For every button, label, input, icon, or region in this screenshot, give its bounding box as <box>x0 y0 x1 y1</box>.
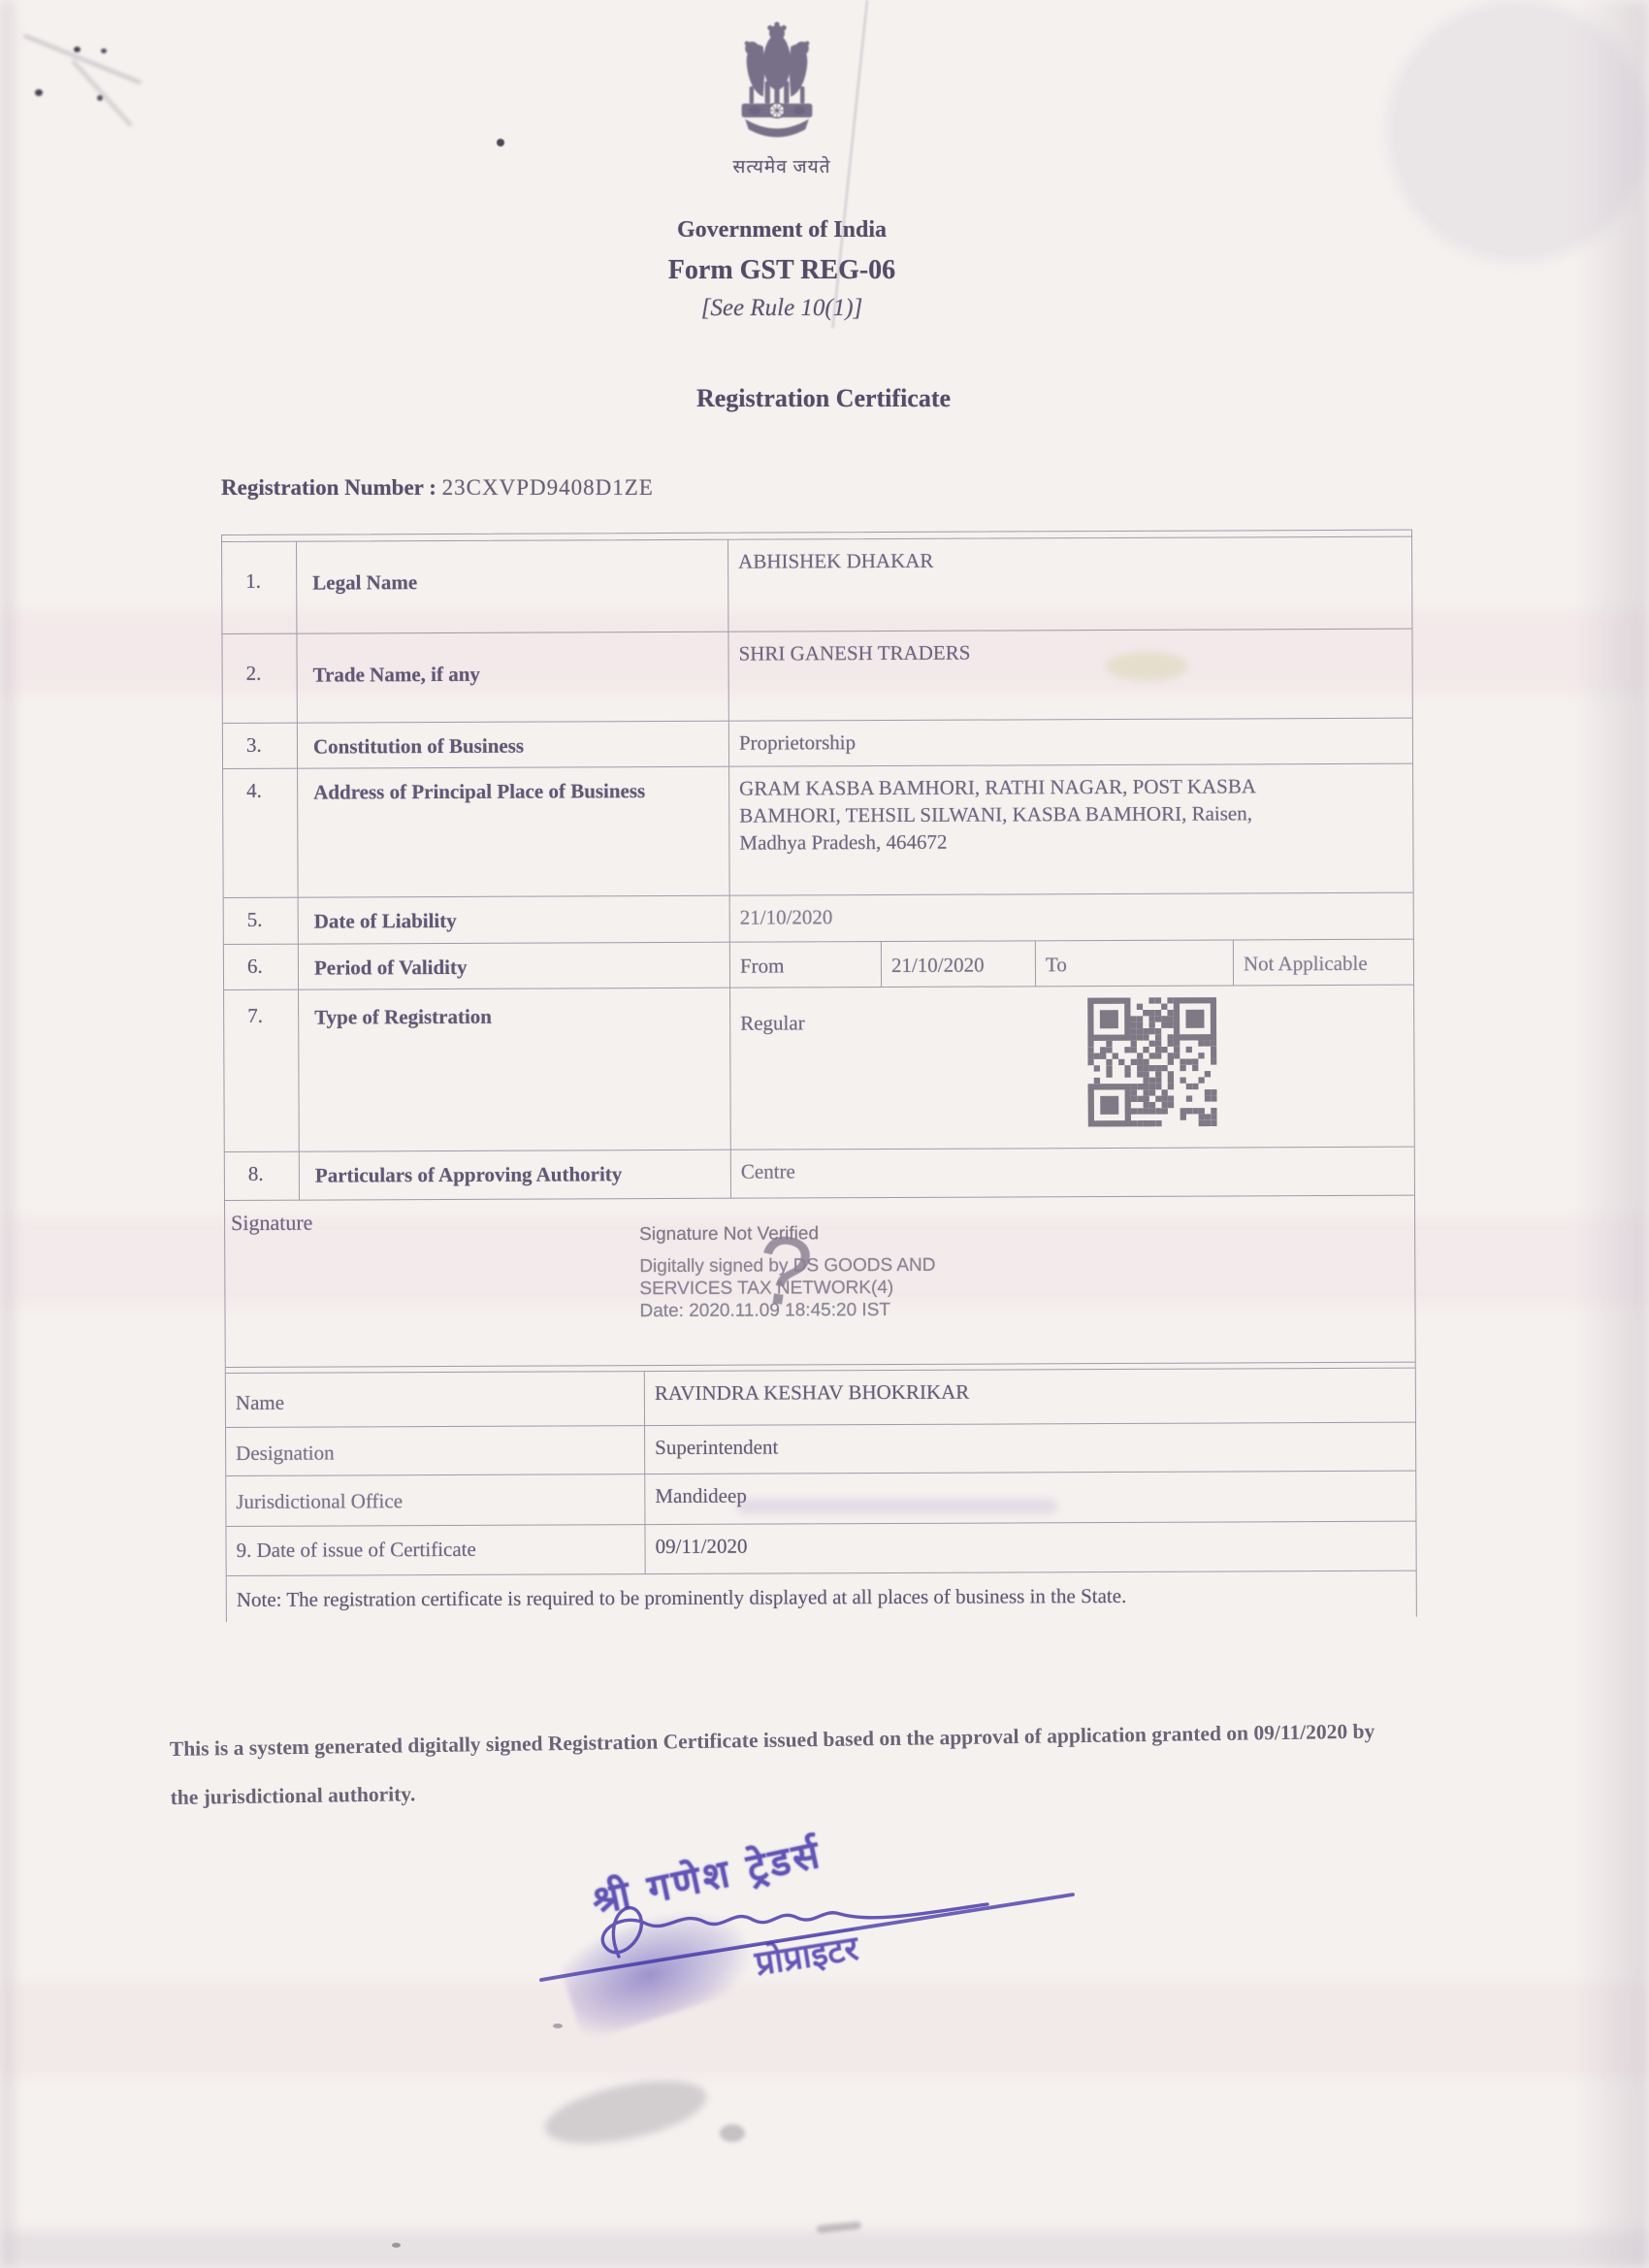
row-label: Legal Name <box>297 540 728 633</box>
table-row: 5. Date of Liability 21/10/2020 <box>224 893 1413 945</box>
row-value: 09/11/2020 <box>645 1522 1415 1573</box>
footer-declaration: This is a system generated digitally sig… <box>170 1704 1529 1822</box>
row-number: 6. <box>224 945 299 989</box>
row-number: 7. <box>224 990 300 1151</box>
row-value: Mandideep <box>645 1472 1415 1524</box>
scan-speck <box>392 2243 401 2248</box>
scan-speck <box>101 49 107 53</box>
gst-registration-certificate: सत्यमेव जयते Government of India Form GS… <box>0 0 1649 2268</box>
table-row: 7. Type of Registration Regular <box>224 986 1414 1152</box>
row-label: Period of Validity <box>299 943 730 989</box>
government-title: Government of India <box>588 217 976 243</box>
table-row: 2. Trade Name, if any SHRI GANESH TRADER… <box>222 630 1411 724</box>
row-value: SHRI GANESH TRADERS <box>728 630 1411 721</box>
certificate-table: 1. Legal Name ABHISHEK DHAKAR 2. Trade N… <box>221 530 1417 1622</box>
row-label: 9. Date of issue of Certificate <box>226 1525 645 1575</box>
scan-stain <box>1387 0 1649 262</box>
row-value: GRAM KASBA BAMHORI, RATHI NAGAR, POST KA… <box>739 772 1297 857</box>
emblem-motto: सत्यमेव जयते <box>685 153 879 178</box>
form-number-title: Form GST REG-06 <box>588 255 976 286</box>
row-value: RAVINDRA KESHAV BHOKRIKAR <box>645 1369 1415 1425</box>
scan-speck <box>497 139 504 146</box>
row-number: 5. <box>224 898 299 944</box>
row-number: 8. <box>225 1152 300 1200</box>
validity-to-label: To <box>1036 940 1234 986</box>
signed-by-line2: SERVICES TAX NETWORK(4) <box>639 1277 935 1300</box>
table-row: 3. Constitution of Business Proprietorsh… <box>223 719 1412 769</box>
row-label: Name <box>226 1372 645 1427</box>
scan-scratch <box>72 60 132 126</box>
registration-number-label: Registration Number : <box>221 475 436 500</box>
scan-stain <box>0 2231 1649 2268</box>
validity-to-value: Not Applicable <box>1234 940 1413 986</box>
row-number: 2. <box>222 634 297 723</box>
digital-signature-block: Signature Not Verified Digitally signed … <box>639 1223 936 1322</box>
row-value: ABHISHEK DHAKAR <box>728 537 1411 632</box>
row-label: Type of Registration <box>299 988 731 1151</box>
qr-code <box>1087 994 1217 1131</box>
signature-status: Signature Not Verified <box>639 1223 935 1246</box>
signature-date: Date: 2020.11.09 18:45:20 IST <box>639 1299 935 1322</box>
handwritten-signature <box>533 1867 1086 1993</box>
row-label: Jurisdictional Office <box>226 1474 645 1526</box>
table-row: 8. Particulars of Approving Authority Ce… <box>225 1148 1414 1201</box>
row-number: 1. <box>222 542 297 633</box>
registration-number-line: Registration Number : 23CXVPD9408D1ZE <box>221 475 654 501</box>
rule-reference: [See Rule 10(1)] <box>588 295 976 322</box>
scan-smudge <box>720 2124 745 2142</box>
document-title: Registration Certificate <box>630 384 1018 413</box>
row-value: Regular <box>740 1011 805 1034</box>
table-row: Name RAVINDRA KESHAV BHOKRIKAR <box>226 1369 1415 1428</box>
registration-number-value: 23CXVPD9408D1ZE <box>442 475 654 500</box>
scan-speck <box>35 89 43 96</box>
scan-smudge <box>817 2221 862 2234</box>
table-row: 6. Period of Validity From 21/10/2020 To… <box>224 940 1413 990</box>
signature-label: Signature <box>231 1211 312 1236</box>
row-label: Designation <box>226 1426 645 1475</box>
table-row: 4. Address of Principal Place of Busines… <box>223 764 1413 898</box>
row-value: Superintendent <box>645 1423 1415 1474</box>
table-row: Jurisdictional Office Mandideep <box>226 1472 1415 1527</box>
row-label: Particulars of Approving Authority <box>300 1150 731 1200</box>
proprietor-stamp: श्री गणेश ट्रेडर्स प्रोप्राइटर <box>504 1814 1125 2086</box>
table-row: 9. Date of issue of Certificate 09/11/20… <box>226 1522 1415 1576</box>
row-number: 4. <box>223 769 299 897</box>
row-label: Date of Liability <box>299 896 730 944</box>
table-row: Designation Superintendent <box>226 1423 1415 1476</box>
signature-section: Signature ? Signature Not Verified Digit… <box>225 1196 1415 1368</box>
scan-stain <box>1576 0 1649 2268</box>
row-value: 21/10/2020 <box>730 893 1413 942</box>
table-row: 1. Legal Name ABHISHEK DHAKAR <box>222 537 1411 634</box>
signed-by-line1: Digitally signed by DS GOODS AND <box>639 1254 935 1278</box>
ashoka-emblem-icon <box>733 17 821 155</box>
row-label: Trade Name, if any <box>297 632 728 723</box>
scan-speck <box>97 95 103 101</box>
scan-speck <box>74 47 81 52</box>
scan-scratch <box>23 35 141 84</box>
row-number: 3. <box>223 724 298 768</box>
table-note: Note: The registration certificate is re… <box>227 1571 1416 1622</box>
row-value: Centre <box>731 1148 1414 1198</box>
validity-from-value: 21/10/2020 <box>882 941 1036 987</box>
scan-stain <box>0 0 14 2268</box>
row-value: Proprietorship <box>729 719 1412 766</box>
validity-from-label: From <box>730 942 882 988</box>
row-label: Constitution of Business <box>298 722 729 768</box>
row-label: Address of Principal Place of Business <box>298 767 730 897</box>
